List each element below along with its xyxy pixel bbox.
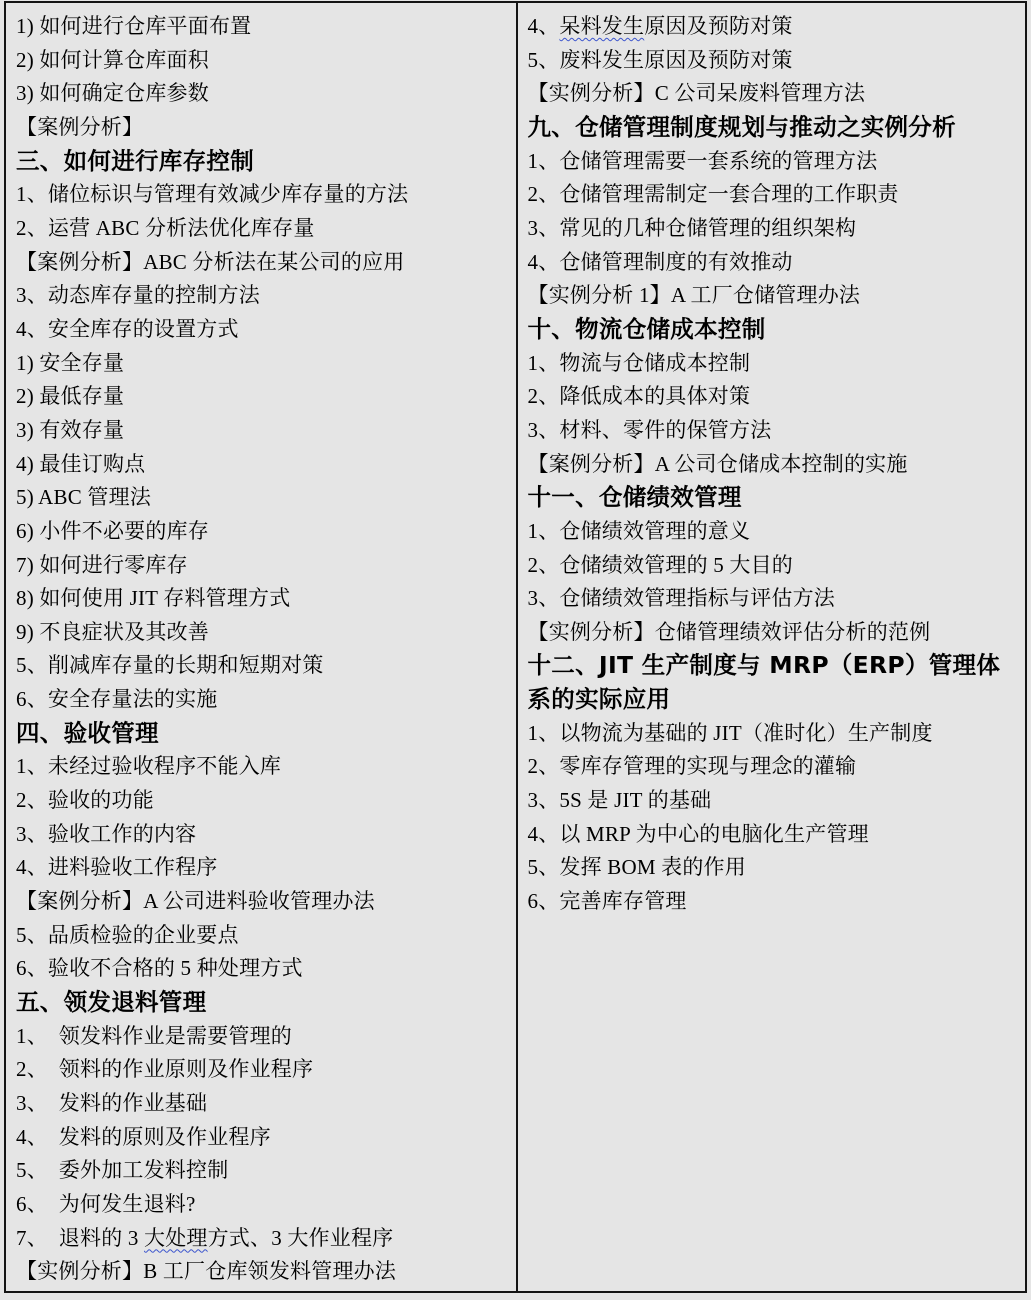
outline-item: 6) 小件不必要的库存 [16,515,508,549]
outline-item: 1) 安全存量 [16,347,508,381]
outline-item: 3、 发料的作业基础 [16,1087,508,1121]
outline-item: 1、仓储绩效管理的意义 [528,515,1018,549]
outline-item: 4) 最佳订购点 [16,448,508,482]
outline-item: 3、常见的几种仓储管理的组织架构 [528,212,1018,246]
case-analysis-label: 【案例分析】A 公司进料验收管理办法 [16,885,508,919]
document-page: 1) 如何进行仓库平面布置2) 如何计算仓库面积3) 如何确定仓库参数【案例分析… [0,0,1031,1300]
outline-item: 6、 为何发生退料? [16,1188,508,1222]
section-heading: 三、如何进行库存控制 [16,145,508,179]
item-text: 原因及预防对策 [644,14,792,38]
outline-item: 4、以 MRP 为中心的电脑化生产管理 [528,818,1018,852]
outline-item: 4、进料验收工作程序 [16,851,508,885]
outline-item: 1、储位标识与管理有效减少库存量的方法 [16,178,508,212]
outline-item: 5、品质检验的企业要点 [16,919,508,953]
case-analysis-label: 【案例分析】ABC 分析法在某公司的应用 [16,246,508,280]
outline-item: 4、 发料的原则及作业程序 [16,1121,508,1155]
outline-item: 1、 领发料作业是需要管理的 [16,1020,508,1054]
outline-item: 4、呆料发生原因及预防对策 [528,10,1018,44]
outline-item: 3、5S 是 JIT 的基础 [528,784,1018,818]
case-analysis-label: 【案例分析】 [16,111,508,145]
outline-item: 2) 最低存量 [16,380,508,414]
spellcheck-squiggle-text: 呆料发生 [559,14,644,38]
outline-table: 1) 如何进行仓库平面布置2) 如何计算仓库面积3) 如何确定仓库参数【案例分析… [4,1,1027,1293]
outline-item: 3) 有效存量 [16,414,508,448]
outline-item: 3、材料、零件的保管方法 [528,414,1018,448]
item-text: 4、 [528,14,560,38]
outline-item: 4、仓储管理制度的有效推动 [528,246,1018,280]
outline-column-left: 1) 如何进行仓库平面布置2) 如何计算仓库面积3) 如何确定仓库参数【案例分析… [6,3,516,1291]
outline-item: 8) 如何使用 JIT 存料管理方式 [16,582,508,616]
outline-item: 6、验收不合格的 5 种处理方式 [16,952,508,986]
outline-item: 6、安全存量法的实施 [16,683,508,717]
outline-item: 1、未经过验收程序不能入库 [16,750,508,784]
outline-item: 5、 委外加工发料控制 [16,1154,508,1188]
outline-item: 5、废料发生原因及预防对策 [528,44,1018,78]
section-heading: 十一、仓储绩效管理 [528,481,1018,515]
outline-item: 7) 如何进行零库存 [16,549,508,583]
section-heading: 九、仓储管理制度规划与推动之实例分析 [528,111,1018,145]
outline-item: 2、仓储绩效管理的 5 大目的 [528,549,1018,583]
outline-item: 1、以物流为基础的 JIT（准时化）生产制度 [528,717,1018,751]
outline-item: 3) 如何确定仓库参数 [16,77,508,111]
section-heading: 四、验收管理 [16,717,508,751]
case-analysis-label: 【实例分析 1】A 工厂仓储管理办法 [528,279,1018,313]
case-analysis-label: 【案例分析】A 公司仓储成本控制的实施 [528,448,1018,482]
outline-item: 7、 退料的 3 大处理方式、3 大作业程序 [16,1222,508,1256]
outline-item: 3、动态库存量的控制方法 [16,279,508,313]
spellcheck-squiggle-text: 大处理 [144,1226,208,1250]
section-heading: 十二、JIT 生产制度与 MRP（ERP）管理体系的实际应用 [528,649,1018,716]
outline-item: 5、发挥 BOM 表的作用 [528,851,1018,885]
section-heading: 十、物流仓储成本控制 [528,313,1018,347]
outline-column-right: 4、呆料发生原因及预防对策5、废料发生原因及预防对策【实例分析】C 公司呆废料管… [516,3,1026,1291]
outline-item: 2、验收的功能 [16,784,508,818]
outline-item: 3、仓储绩效管理指标与评估方法 [528,582,1018,616]
outline-item: 2、零库存管理的实现与理念的灌输 [528,750,1018,784]
outline-item: 1、物流与仓储成本控制 [528,347,1018,381]
outline-item: 5、削减库存量的长期和短期对策 [16,649,508,683]
case-analysis-label: 【实例分析】仓储管理绩效评估分析的范例 [528,616,1018,650]
item-text: 7、 退料的 3 [16,1226,144,1250]
item-text: 方式、3 大作业程序 [208,1226,394,1250]
outline-item: 5) ABC 管理法 [16,481,508,515]
outline-item: 2) 如何计算仓库面积 [16,44,508,78]
outline-item: 3、验收工作的内容 [16,818,508,852]
outline-item: 2、降低成本的具体对策 [528,380,1018,414]
outline-item: 4、安全库存的设置方式 [16,313,508,347]
outline-item: 2、运营 ABC 分析法优化库存量 [16,212,508,246]
outline-item: 6、完善库存管理 [528,885,1018,919]
case-analysis-label: 【实例分析】C 公司呆废料管理方法 [528,77,1018,111]
outline-item: 2、 领料的作业原则及作业程序 [16,1053,508,1087]
outline-item: 2、仓储管理需制定一套合理的工作职责 [528,178,1018,212]
outline-item: 1、仓储管理需要一套系统的管理方法 [528,145,1018,179]
case-analysis-label: 【实例分析】B 工厂仓库领发料管理办法 [16,1255,508,1289]
outline-item: 1) 如何进行仓库平面布置 [16,10,508,44]
section-heading: 五、领发退料管理 [16,986,508,1020]
outline-item: 9) 不良症状及其改善 [16,616,508,650]
